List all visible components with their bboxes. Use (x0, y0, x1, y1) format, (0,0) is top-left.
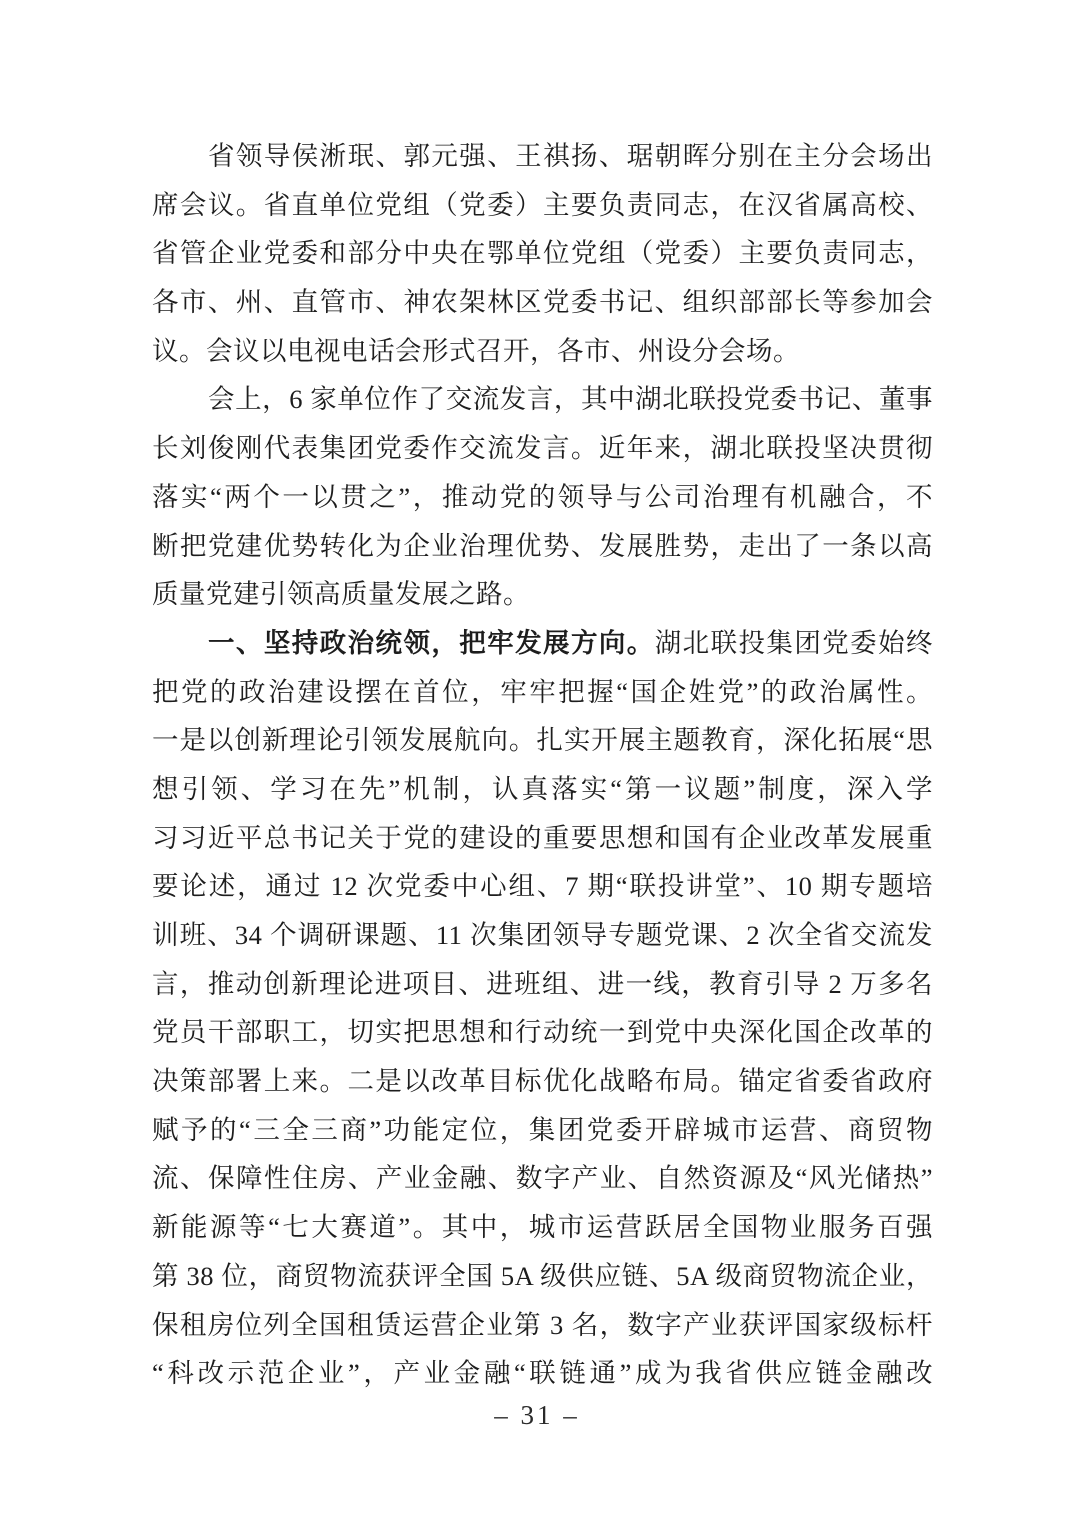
text-line: 会上，6 家单位作了交流发言，其中湖北联投党委书记、董事 (152, 375, 933, 424)
text-line: 训班、34 个调研课题、11 次集团领导专题党课、2 次全省交流发 (152, 911, 933, 960)
text-line: 习习近平总书记关于党的建设的重要思想和国有企业改革发展重 (152, 814, 933, 863)
body-text: 保租房位列全国租赁运营企业第 3 名，数字产业获评国家级标杆 (152, 1310, 933, 1340)
text-line: 一、坚持政治统领，把牢发展方向。湖北联投集团党委始终 (152, 619, 933, 668)
document-page: 省领导侯淅珉、郭元强、王祺扬、琚朝晖分别在主分会场出席会议。省直单位党组（党委）… (0, 0, 1074, 1520)
text-line: 席会议。省直单位党组（党委）主要负责同志，在汉省属高校、 (152, 181, 933, 230)
text-line: 断把党建优势转化为企业治理优势、发展胜势，走出了一条以高 (152, 522, 933, 571)
body-text: 想引领、学习在先”机制，认真落实“第一议题”制度，深入学 (152, 774, 933, 804)
body-text: 第 38 位，商贸物流获评全国 5A 级供应链、5A 级商贸物流企业， (152, 1261, 933, 1291)
body-text: 一是以创新理论引领发展航向。扎实开展主题教育，深化拓展“思 (152, 725, 933, 755)
body-text: 会上，6 家单位作了交流发言，其中湖北联投党委书记、董事 (208, 384, 933, 414)
body-text: 长刘俊刚代表集团党委作交流发言。近年来，湖北联投坚决贯彻 (152, 433, 933, 463)
text-line: 长刘俊刚代表集团党委作交流发言。近年来，湖北联投坚决贯彻 (152, 424, 933, 473)
text-line: 议。会议以电视电话会形式召开，各市、州设分会场。 (152, 327, 933, 376)
body-text: “科改示范企业”，产业金融“联链通”成为我省供应链金融改 (152, 1358, 933, 1388)
text-line: 各市、州、直管市、神农架林区党委书记、组织部部长等参加会 (152, 278, 933, 327)
body-text: 断把党建优势转化为企业治理优势、发展胜势，走出了一条以高 (152, 531, 933, 561)
body-text: 省管企业党委和部分中央在鄂单位党组（党委）主要负责同志， (152, 238, 933, 268)
body-text: 习习近平总书记关于党的建设的重要思想和国有企业改革发展重 (152, 823, 933, 853)
text-line: 党员干部职工，切实把思想和行动统一到党中央深化国企改革的 (152, 1008, 933, 1057)
body-text: 训班、34 个调研课题、11 次集团领导专题党课、2 次全省交流发 (152, 920, 933, 950)
text-line: 质量党建引领高质量发展之路。 (152, 570, 933, 619)
paragraph: 会上，6 家单位作了交流发言，其中湖北联投党委书记、董事长刘俊刚代表集团党委作交… (152, 375, 933, 618)
text-line: 省管企业党委和部分中央在鄂单位党组（党委）主要负责同志， (152, 229, 933, 278)
text-line: 想引领、学习在先”机制，认真落实“第一议题”制度，深入学 (152, 765, 933, 814)
section-heading-text: 一、坚持政治统领，把牢发展方向。 (208, 628, 655, 658)
text-line: 第 38 位，商贸物流获评全国 5A 级供应链、5A 级商贸物流企业， (152, 1252, 933, 1301)
text-line: 赋予的“三全三商”功能定位，集团党委开辟城市运营、商贸物 (152, 1106, 933, 1155)
body-text: 湖北联投集团党委始终 (655, 628, 933, 658)
body-text: 议。会议以电视电话会形式召开，各市、州设分会场。 (152, 336, 800, 366)
text-line: 把党的政治建设摆在首位，牢牢把握“国企姓党”的政治属性。 (152, 668, 933, 717)
text-line: 落实“两个一以贯之”，推动党的领导与公司治理有机融合，不 (152, 473, 933, 522)
text-line: 新能源等“七大赛道”。其中，城市运营跃居全国物业服务百强 (152, 1203, 933, 1252)
body-text: 新能源等“七大赛道”。其中，城市运营跃居全国物业服务百强 (152, 1212, 933, 1242)
body-text: 省领导侯淅珉、郭元强、王祺扬、琚朝晖分别在主分会场出 (208, 141, 933, 171)
text-line: 保租房位列全国租赁运营企业第 3 名，数字产业获评国家级标杆 (152, 1301, 933, 1350)
text-line: 流、保障性住房、产业金融、数字产业、自然资源及“风光储热” (152, 1154, 933, 1203)
text-line: 言，推动创新理论进项目、进班组、进一线，教育引导 2 万多名 (152, 960, 933, 1009)
text-line: 决策部署上来。二是以改革目标优化战略布局。锚定省委省政府 (152, 1057, 933, 1106)
body-text: 言，推动创新理论进项目、进班组、进一线，教育引导 2 万多名 (152, 969, 933, 999)
body-text: 决策部署上来。二是以改革目标优化战略布局。锚定省委省政府 (152, 1066, 933, 1096)
body-text: 党员干部职工，切实把思想和行动统一到党中央深化国企改革的 (152, 1017, 933, 1047)
paragraph: 省领导侯淅珉、郭元强、王祺扬、琚朝晖分别在主分会场出席会议。省直单位党组（党委）… (152, 132, 933, 375)
page-number: – 31 – (0, 1400, 1074, 1431)
body-text: 席会议。省直单位党组（党委）主要负责同志，在汉省属高校、 (152, 190, 933, 220)
text-line: 省领导侯淅珉、郭元强、王祺扬、琚朝晖分别在主分会场出 (152, 132, 933, 181)
body-text: 赋予的“三全三商”功能定位，集团党委开辟城市运营、商贸物 (152, 1115, 933, 1145)
body-text: 落实“两个一以贯之”，推动党的领导与公司治理有机融合，不 (152, 482, 933, 512)
body-text: 流、保障性住房、产业金融、数字产业、自然资源及“风光储热” (152, 1163, 933, 1193)
body-text: 质量党建引领高质量发展之路。 (152, 579, 530, 609)
text-line: 要论述，通过 12 次党委中心组、7 期“联投讲堂”、10 期专题培 (152, 862, 933, 911)
paragraph: 一、坚持政治统领，把牢发展方向。湖北联投集团党委始终把党的政治建设摆在首位，牢牢… (152, 619, 933, 1398)
document-body: 省领导侯淅珉、郭元强、王祺扬、琚朝晖分别在主分会场出席会议。省直单位党组（党委）… (152, 132, 933, 1398)
text-line: “科改示范企业”，产业金融“联链通”成为我省供应链金融改 (152, 1349, 933, 1398)
body-text: 把党的政治建设摆在首位，牢牢把握“国企姓党”的政治属性。 (152, 677, 933, 707)
body-text: 要论述，通过 12 次党委中心组、7 期“联投讲堂”、10 期专题培 (152, 871, 933, 901)
body-text: 各市、州、直管市、神农架林区党委书记、组织部部长等参加会 (152, 287, 933, 317)
text-line: 一是以创新理论引领发展航向。扎实开展主题教育，深化拓展“思 (152, 716, 933, 765)
